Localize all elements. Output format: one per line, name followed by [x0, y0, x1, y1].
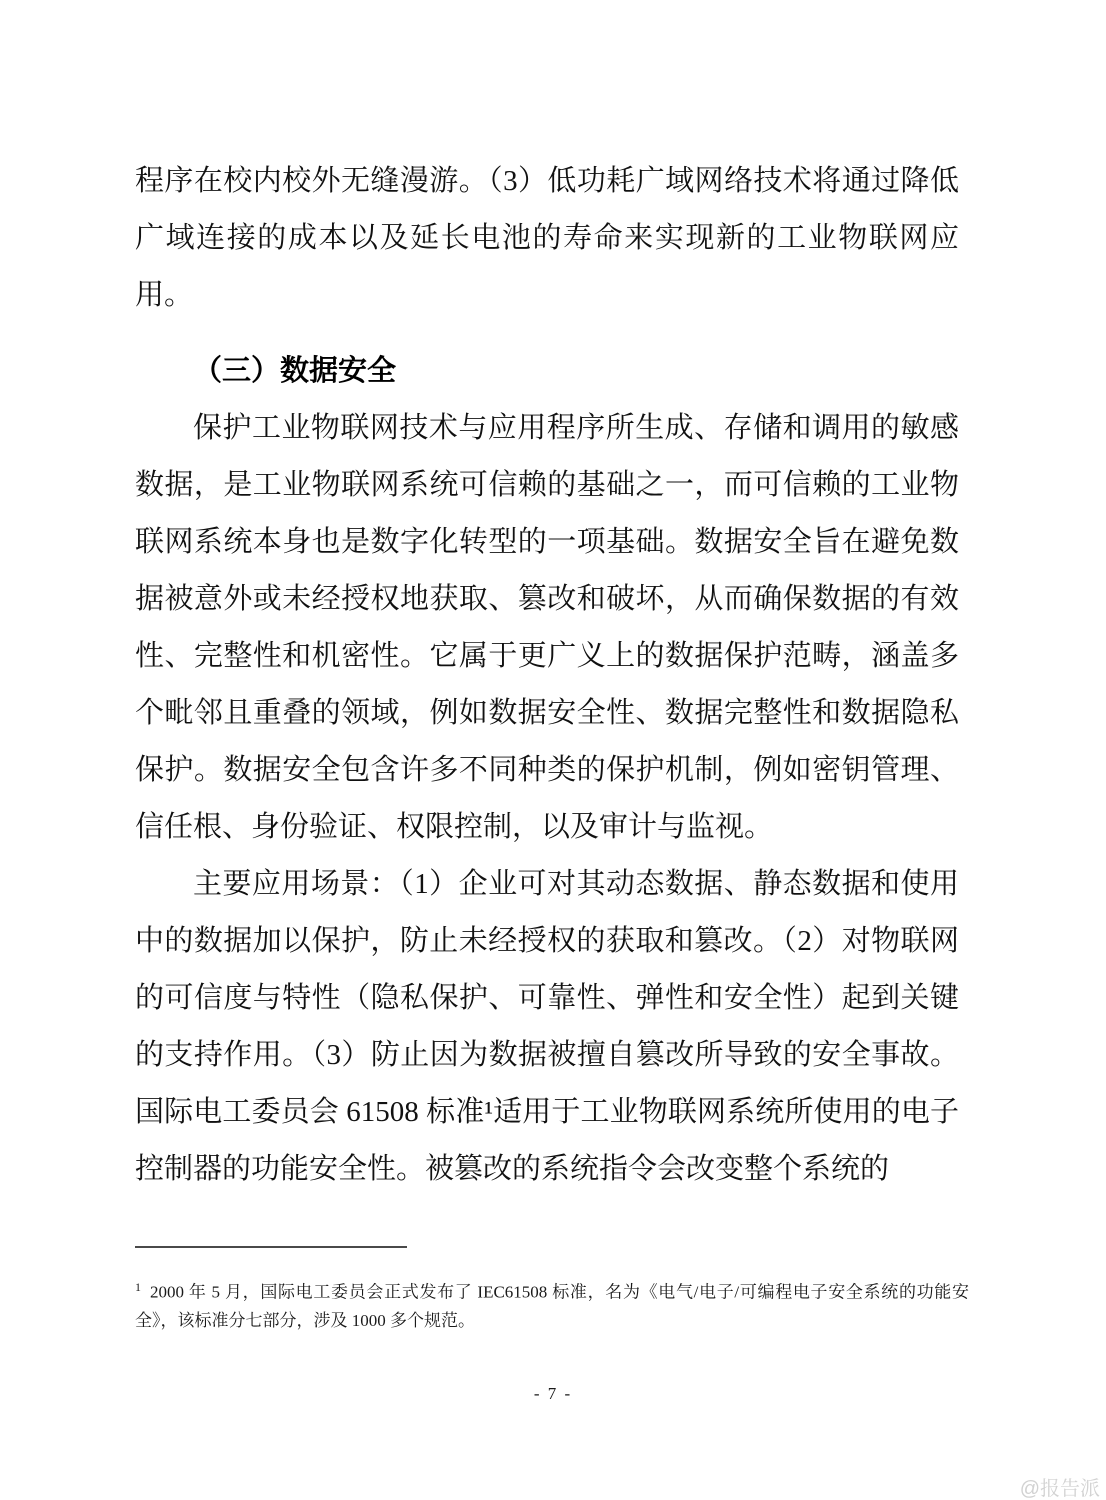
page-number: - 7 - — [0, 1384, 1106, 1404]
page-body-text: 程序在校内校外无缝漫游。（3）低功耗广域网络技术将通过降低广域连接的成本以及延长… — [135, 153, 959, 1198]
paragraph-application-scenarios: 主要应用场景：（1）企业可对其动态数据、静态数据和使用中的数据加以保护，防止未经… — [135, 856, 959, 1198]
section-heading-data-security: （三）数据安全 — [135, 343, 959, 400]
document-page: 程序在校内校外无缝漫游。（3）低功耗广域网络技术将通过降低广域连接的成本以及延长… — [0, 0, 1106, 1500]
footnote-separator — [135, 1246, 407, 1248]
watermark: @报告派 — [1020, 1472, 1100, 1500]
footnote-marker: 1 — [135, 1280, 141, 1294]
footnote: 12000 年 5 月，国际电工委员会正式发布了 IEC61508 标准，名为《… — [135, 1273, 969, 1335]
paragraph-lpwan: 程序在校内校外无缝漫游。（3）低功耗广域网络技术将通过降低广域连接的成本以及延长… — [135, 153, 959, 324]
footnote-text: 2000 年 5 月，国际电工委员会正式发布了 IEC61508 标准，名为《电… — [135, 1283, 969, 1330]
paragraph-data-security-overview: 保护工业物联网技术与应用程序所生成、存储和调用的敏感数据，是工业物联网系统可信赖… — [135, 400, 959, 856]
